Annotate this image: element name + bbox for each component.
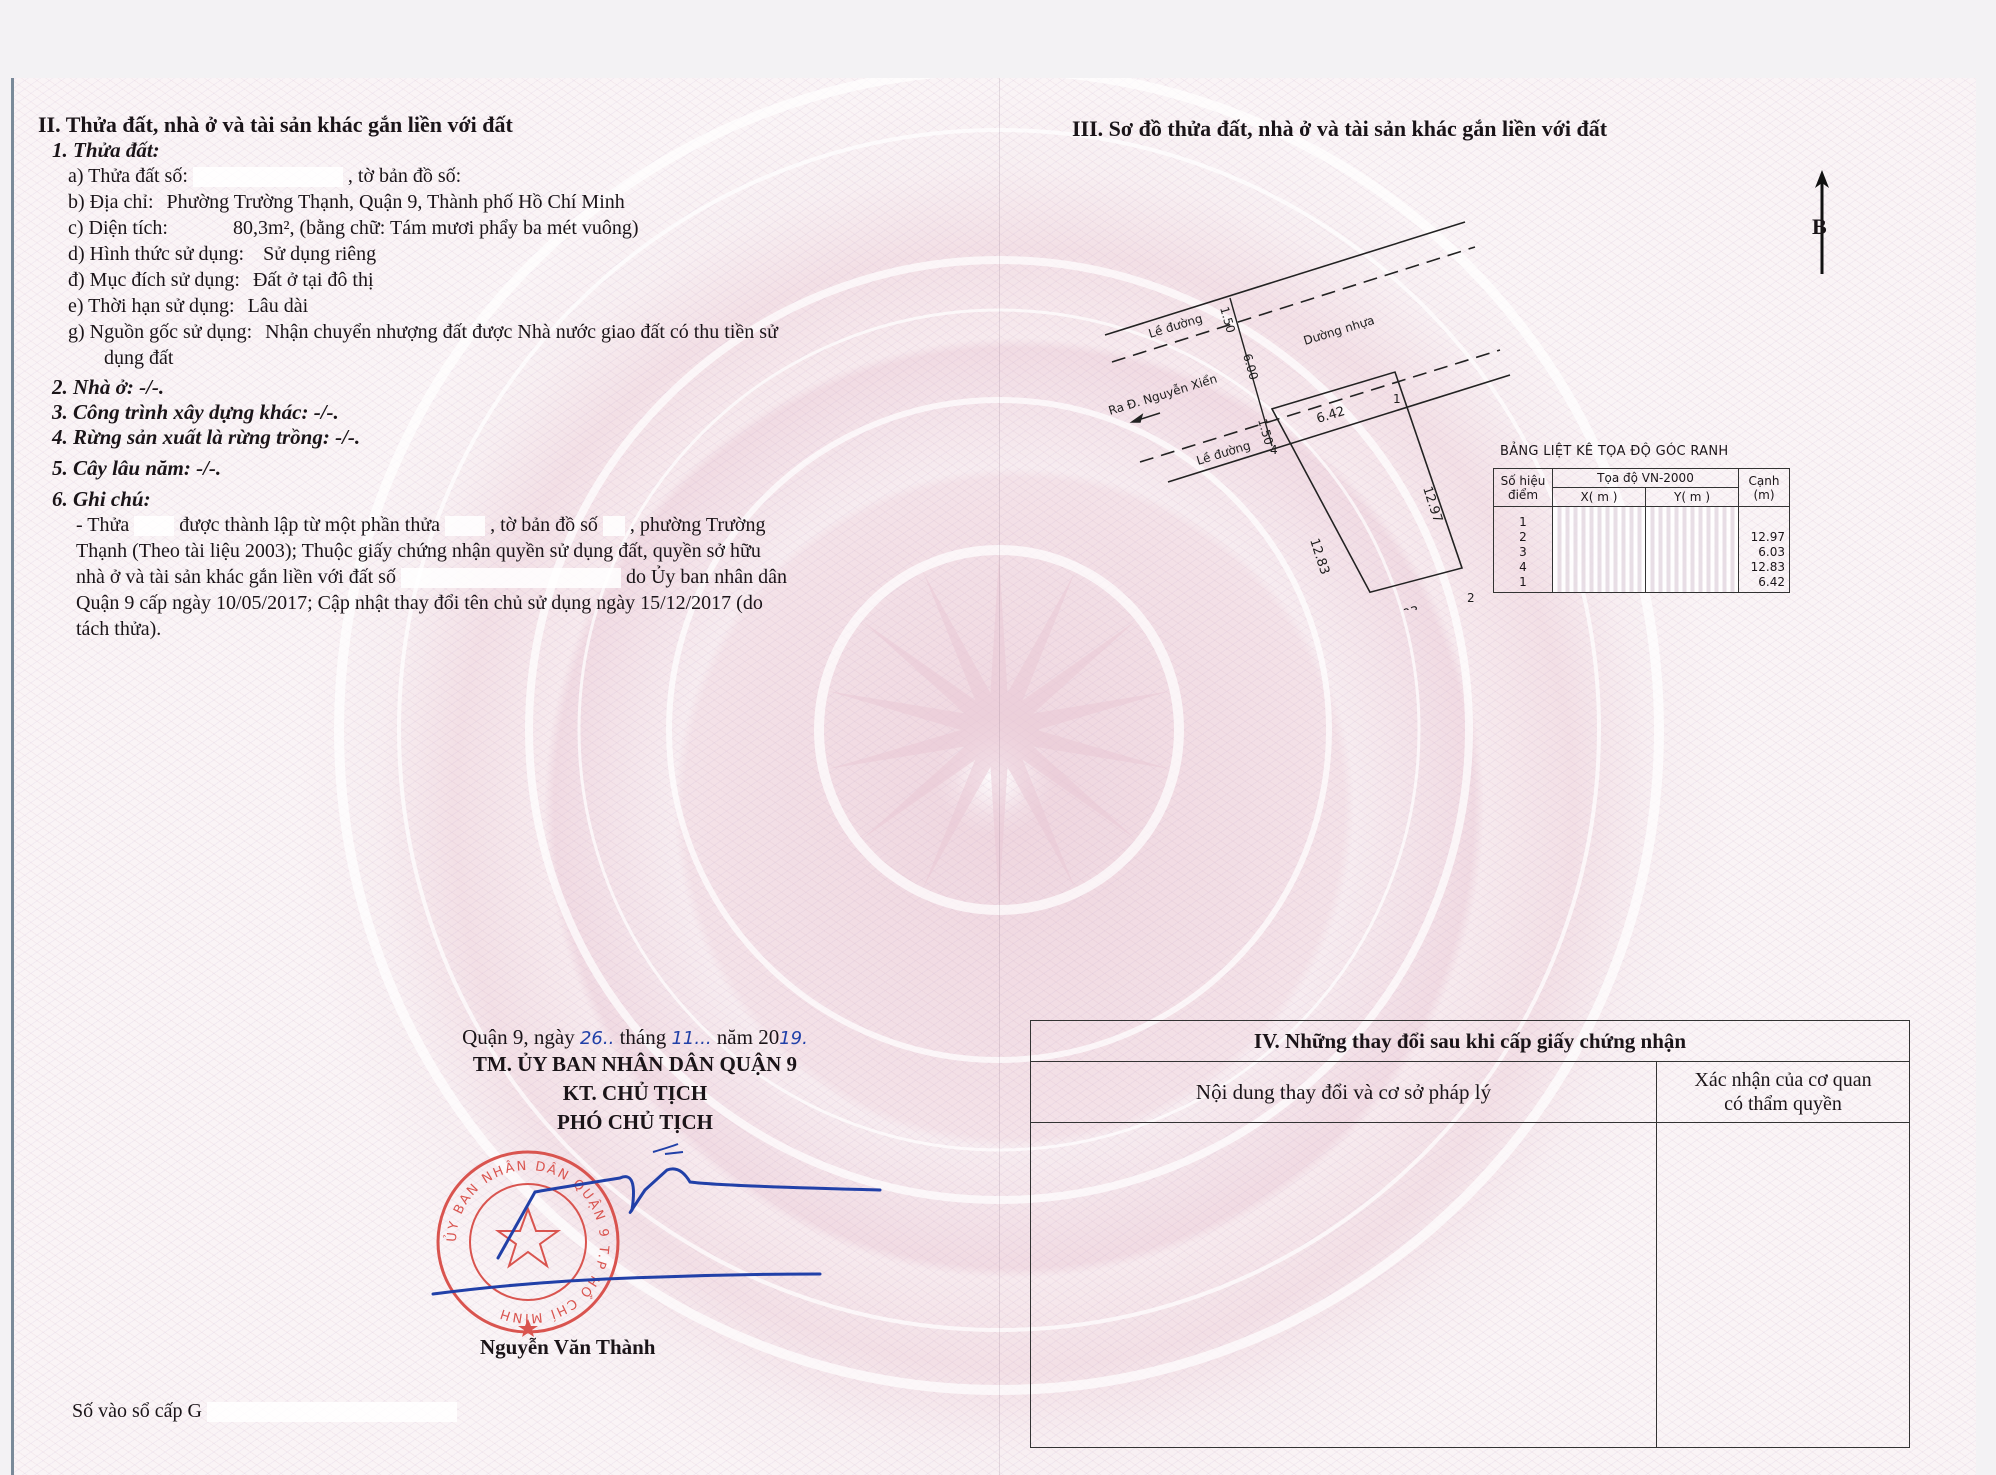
area-label: c) Diện tích: bbox=[68, 217, 168, 239]
note-text: , tờ bản đồ số bbox=[490, 514, 598, 536]
redacted-parcel bbox=[134, 516, 174, 536]
svg-text:6.42: 6.42 bbox=[1315, 404, 1347, 427]
map-sheet-label: , tờ bản đồ số: bbox=[348, 165, 461, 187]
note-text: do Ủy ban nhân dân bbox=[626, 566, 787, 588]
redacted-parcel-number bbox=[193, 167, 343, 187]
left-page: II. Thửa đất, nhà ở và tài sản khác gắn … bbox=[38, 112, 938, 642]
perennial-item: 5. Cây lâu năm: -/-. bbox=[52, 456, 938, 481]
redacted-register-number bbox=[207, 1402, 457, 1422]
note-line-1: - Thửa được thành lập từ một phần thửa ,… bbox=[76, 512, 938, 538]
usage-form-label: d) Hình thức sử dụng: bbox=[68, 243, 244, 265]
usage-form-value: Sử dụng riêng bbox=[263, 243, 376, 265]
signing-block: Quận 9, ngày 26.. tháng 11... năm 2019. … bbox=[395, 1025, 875, 1137]
note-text: được thành lập từ một phần thửa bbox=[179, 514, 440, 536]
note-text: , phường Trường bbox=[630, 514, 766, 536]
svg-text:2: 2 bbox=[1467, 591, 1475, 605]
signing-year: 19. bbox=[779, 1028, 808, 1049]
note-line-5: tách thửa). bbox=[76, 616, 938, 642]
section-iii-title: III. Sơ đồ thửa đất, nhà ở và tài sản kh… bbox=[1072, 116, 1607, 142]
edge-column-header: Cạnh (m) bbox=[1739, 469, 1790, 507]
point-id: 3 bbox=[1498, 545, 1548, 560]
usage-origin-label: g) Nguồn gốc sử dụng: bbox=[68, 321, 252, 343]
changes-body-row bbox=[1031, 1123, 1909, 1447]
usage-purpose-value: Đất ở tại đô thị bbox=[253, 269, 374, 291]
forest-item: 4. Rừng sản xuất là rừng trồng: -/-. bbox=[52, 425, 938, 450]
svg-text:Dường nhựa: Dường nhựa bbox=[1302, 313, 1376, 348]
edge-length: 6.42 bbox=[1743, 575, 1785, 590]
coordinate-table: Số hiệu điểm Tọa độ VN-2000 Cạnh (m) X( … bbox=[1493, 468, 1790, 593]
coordinate-system-header: Tọa độ VN-2000 bbox=[1553, 469, 1739, 488]
authority-confirmation-cell bbox=[1657, 1123, 1909, 1447]
redacted-certificate-number bbox=[401, 568, 621, 588]
coordinate-table-title: BẢNG LIỆT KÊ TỌA ĐỘ GÓC RANH bbox=[1500, 444, 1728, 459]
authority-header-line-1: Xác nhận của cơ quan bbox=[1694, 1068, 1871, 1092]
parcel-number-label: a) Thửa đất số: bbox=[68, 165, 188, 187]
usage-origin-value: Nhận chuyển nhượng đất được Nhà nước gia… bbox=[265, 321, 778, 343]
svg-text:Ra Đ. Nguyễn Xiển: Ra Đ. Nguyễn Xiển bbox=[1107, 371, 1219, 417]
svg-text:6.03: 6.03 bbox=[1389, 604, 1421, 610]
svg-text:12.83: 12.83 bbox=[1306, 537, 1332, 577]
signing-month: 11... bbox=[671, 1028, 711, 1049]
point-id: 4 bbox=[1498, 560, 1548, 575]
parcel-number-line: a) Thửa đất số: , tờ bản đồ số: bbox=[68, 163, 938, 189]
usage-term-value: Lâu dài bbox=[248, 295, 309, 317]
address-line: b) Địa chỉ: Phường Trường Thạnh, Quận 9,… bbox=[68, 189, 938, 215]
note-text: nhà ở và tài sản khác gắn liền với đất s… bbox=[76, 566, 396, 588]
note-line-4: Quận 9 cấp ngày 10/05/2017; Cập nhật tha… bbox=[76, 590, 938, 616]
usage-term-line: e) Thời hạn sử dụng: Lâu dài bbox=[68, 293, 938, 319]
section-iv-title: IV. Những thay đổi sau khi cấp giấy chứn… bbox=[1031, 1021, 1909, 1062]
redacted-parent-parcel bbox=[445, 516, 485, 536]
svg-text:1.50: 1.50 bbox=[1217, 305, 1238, 335]
redacted-y-values bbox=[1646, 507, 1739, 593]
point-header-text: Số hiệu điểm bbox=[1501, 474, 1546, 502]
note-line-2: Thạnh (Theo tài liệu 2003); Thuộc giấy c… bbox=[76, 538, 938, 564]
signer-role-1: KT. CHỦ TỊCH bbox=[395, 1079, 875, 1108]
signing-date: Quận 9, ngày 26.. tháng 11... năm 2019. bbox=[395, 1025, 875, 1050]
svg-text:1: 1 bbox=[1393, 392, 1401, 406]
change-content-header: Nội dung thay đổi và cơ sở pháp lý bbox=[1031, 1062, 1657, 1122]
register-label-text: Số vào sổ cấp G bbox=[72, 1400, 202, 1422]
notes-heading: 6. Ghi chú: bbox=[52, 487, 938, 512]
redacted-map-sheet bbox=[603, 516, 625, 536]
page-fold bbox=[999, 78, 1000, 1475]
point-id: 1 bbox=[1498, 515, 1548, 530]
month-label: tháng bbox=[620, 1025, 667, 1049]
parcel-sketch: Lề đường Lề đường Dường nhựa Ra Đ. Nguyễ… bbox=[1080, 210, 1560, 610]
change-content-cell bbox=[1031, 1123, 1657, 1447]
svg-text:6.00: 6.00 bbox=[1240, 352, 1261, 382]
address-label: b) Địa chỉ: bbox=[68, 191, 154, 213]
redacted-x-values bbox=[1553, 507, 1646, 593]
section-ii-title: II. Thửa đất, nhà ở và tài sản khác gắn … bbox=[38, 112, 938, 138]
point-id: 1 bbox=[1498, 575, 1548, 590]
changes-table: IV. Những thay đổi sau khi cấp giấy chứn… bbox=[1030, 1020, 1910, 1448]
authority-confirmation-header: Xác nhận của cơ quan có thẩm quyền bbox=[1657, 1062, 1909, 1122]
x-column-header: X( m ) bbox=[1553, 488, 1646, 507]
usage-form-line: d) Hình thức sử dụng: Sử dụng riêng bbox=[68, 241, 938, 267]
signing-place: Quận 9, ngày bbox=[462, 1025, 575, 1049]
north-label: B bbox=[1812, 214, 1827, 240]
parcel-heading: 1. Thửa đất: bbox=[52, 138, 938, 163]
usage-purpose-line: đ) Mục đích sử dụng: Đất ở tại đô thị bbox=[68, 267, 938, 293]
point-ids: 12341 bbox=[1494, 507, 1553, 593]
usage-purpose-label: đ) Mục đích sử dụng: bbox=[68, 269, 240, 291]
house-item: 2. Nhà ở: -/-. bbox=[52, 375, 938, 400]
address-value: Phường Trường Thạnh, Quận 9, Thành phố H… bbox=[167, 191, 625, 213]
register-number-label: Số vào sổ cấp G bbox=[72, 1400, 457, 1423]
edge-length: 6.03 bbox=[1743, 545, 1785, 560]
usage-term-label: e) Thời hạn sử dụng: bbox=[68, 295, 235, 317]
area-value: 80,3m², (bằng chữ: Tám mươi phẩy ba mét … bbox=[233, 217, 639, 239]
usage-origin-line: g) Nguồn gốc sử dụng: Nhận chuyển nhượng… bbox=[68, 319, 938, 345]
note-text: - Thửa bbox=[76, 514, 129, 536]
signing-day: 26.. bbox=[580, 1028, 614, 1049]
y-column-header: Y( m ) bbox=[1646, 488, 1739, 507]
other-construction-item: 3. Công trình xây dựng khác: -/-. bbox=[52, 400, 938, 425]
note-line-3: nhà ở và tài sản khác gắn liền với đất s… bbox=[76, 564, 938, 590]
svg-text:4: 4 bbox=[1270, 443, 1278, 457]
signer-name: Nguyễn Văn Thành bbox=[480, 1335, 655, 1360]
edge-length: 12.83 bbox=[1743, 560, 1785, 575]
edge-lengths: 12.976.0312.836.42 bbox=[1739, 507, 1790, 593]
issuing-authority: TM. ỦY BAN NHÂN DÂN QUẬN 9 bbox=[395, 1050, 875, 1079]
area-line: c) Diện tích: 80,3m², (bằng chữ: Tám mươ… bbox=[68, 215, 938, 241]
point-id: 2 bbox=[1498, 530, 1548, 545]
year-label: năm 20 bbox=[717, 1025, 779, 1049]
edge-length: 12.97 bbox=[1743, 530, 1785, 545]
point-column-header: Số hiệu điểm bbox=[1494, 469, 1553, 507]
svg-text:Lề đường: Lề đường bbox=[1147, 311, 1204, 341]
usage-origin-continued: dụng đất bbox=[104, 345, 938, 371]
signature-icon bbox=[420, 1140, 900, 1320]
authority-header-line-2: có thẩm quyền bbox=[1694, 1092, 1871, 1116]
signer-role-2: PHÓ CHỦ TỊCH bbox=[395, 1108, 875, 1137]
changes-header-row: Nội dung thay đổi và cơ sở pháp lý Xác n… bbox=[1031, 1062, 1909, 1123]
